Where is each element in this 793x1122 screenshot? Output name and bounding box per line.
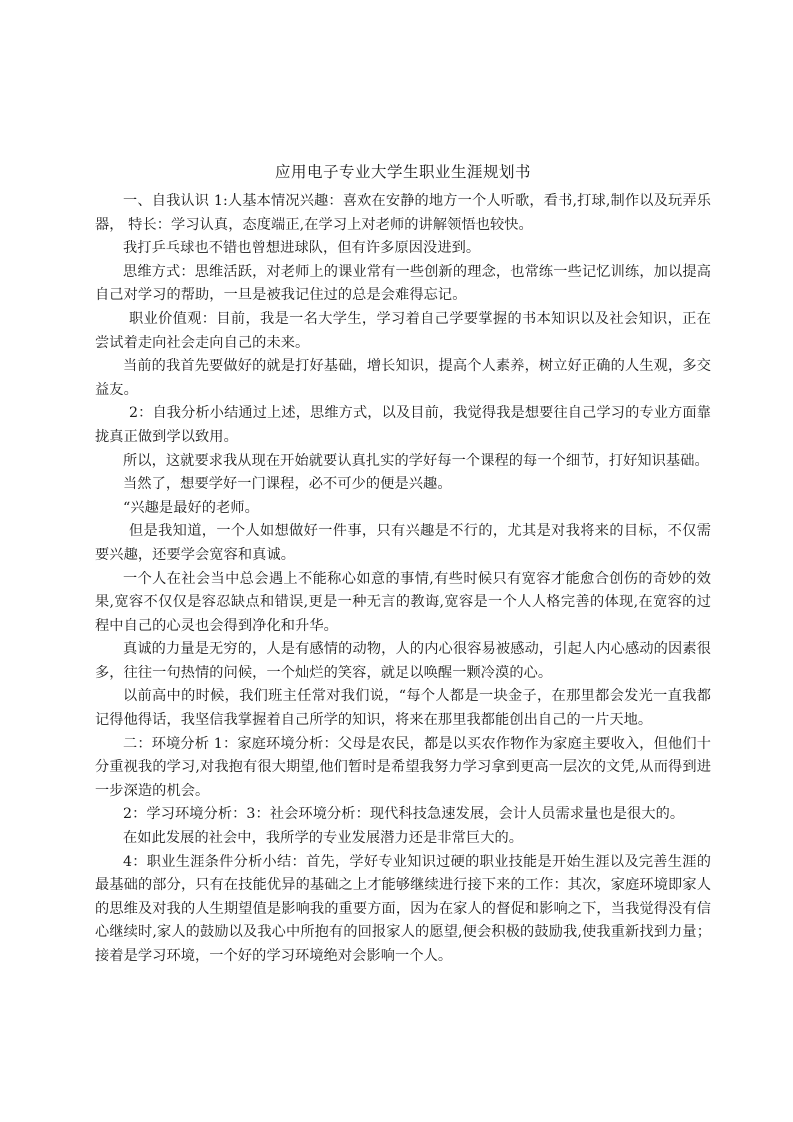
paragraph-study-social-environment: 2：学习环境分析：3：社会环境分析：现代科技急速发展，会计人员需求量也是很大的。 xyxy=(95,803,711,827)
paragraph-career-conditions-summary: 4：职业生涯条件分析小结：首先，学好专业知识过硬的职业技能是开始生涯以及完善生涯… xyxy=(95,851,711,969)
paragraph-family-environment: 二：环境分析 1：家庭环境分析：父母是农民，都是以买农作物作为家庭主要收入，但他… xyxy=(95,733,711,804)
paragraph-tolerance-sincerity: 但是我知道，一个人如想做好一件事，只有兴趣是不行的，尤其是对我将来的目标，不仅需… xyxy=(95,520,711,567)
paragraph-career-values: 职业价值观：目前，我是一名大学生，学习着自己学要掌握的书本知识以及社会知识，正在… xyxy=(95,308,711,355)
paragraph-study-requirement: 所以，这就要求我从现在开始就要认真扎实的学好每一个课程的每一个细节，打好知识基础… xyxy=(95,450,711,474)
paragraph-interest: 当然了，想要学好一门课程，必不可少的便是兴趣。 xyxy=(95,473,711,497)
paragraph-self-analysis-summary: 2：自我分析小结通过上述，思维方式，以及目前，我觉得我是想要往自己学习的专业方面… xyxy=(95,402,711,449)
paragraph-development-potential: 在如此发展的社会中，我所学的专业发展潜力还是非常巨大的。 xyxy=(95,827,711,851)
document-page: 应用电子专业大学生职业生涯规划书 一、自我认识 1:人基本情况兴趣：喜欢在安静的… xyxy=(95,160,711,969)
document-title: 应用电子专业大学生职业生涯规划书 xyxy=(95,160,711,184)
paragraph-quote-interest: “兴趣是最好的老师。 xyxy=(95,497,711,521)
paragraph-high-school-teacher: 以前高中的时候，我们班主任常对我们说，“每个人都是一块金子，在那里都会发光一直我… xyxy=(95,685,711,732)
paragraph-self-awareness-intro: 一、自我认识 1:人基本情况兴趣：喜欢在安静的地方一个人听歌，看书,打球,制作以… xyxy=(95,190,711,237)
paragraph-current-priorities: 当前的我首先要做好的就是打好基础，增长知识，提高个人素养，树立好正确的人生观，多… xyxy=(95,355,711,402)
paragraph-tolerance: 一个人在社会当中总会遇上不能称心如意的事情,有些时候只有宽容才能愈合创伤的奇妙的… xyxy=(95,568,711,639)
paragraph-thinking-style: 思维方式：思维活跃，对老师上的课业常有一些创新的理念，也常练一些记忆训练，加以提… xyxy=(95,261,711,308)
paragraph-sincerity: 真诚的力量是无穷的，人是有感情的动物，人的内心很容易被感动，引起人内心感动的因素… xyxy=(95,638,711,685)
paragraph-table-tennis: 我打乒乓球也不错也曾想进球队，但有许多原因没进到。 xyxy=(95,237,711,261)
